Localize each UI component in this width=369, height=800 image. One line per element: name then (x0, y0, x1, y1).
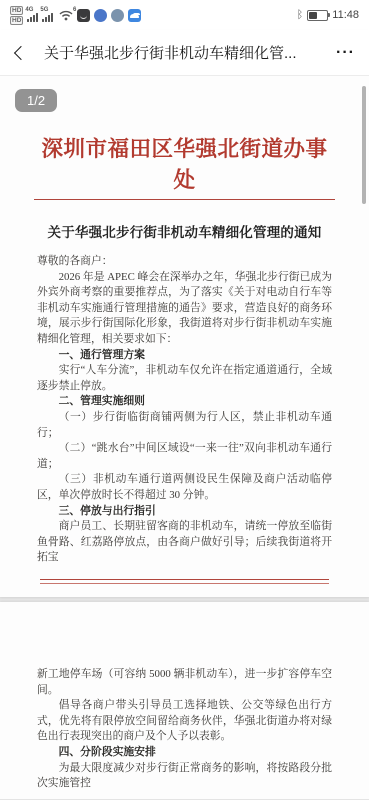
paragraph: 2026 年是 APEC 峰会在深举办之年，华强北步行街已成为外宾外商考察的重要… (37, 270, 332, 348)
scrollbar-thumb[interactable] (362, 86, 366, 204)
document-body-page-2: 新工地停车场（可容纳 5000 辆非机动车），进一步扩容停车空间。 倡导各商户带… (37, 667, 332, 792)
document-body-page-1: 尊敬的各商户： 2026 年是 APEC 峰会在深举办之年，华强北步行街已成为外… (37, 254, 332, 566)
signal-5g-icon: 5G (42, 8, 53, 22)
hd-badge-1: HD (10, 6, 23, 15)
back-button[interactable] (14, 42, 36, 64)
status-time: 11:48 (332, 9, 359, 21)
section-heading-1: 一、通行管理方案 (37, 348, 332, 364)
paragraph: 商户员工、长期驻留客商的非机动车，请统一停放至临街鱼骨路、红荔路停放点，由各商户… (37, 519, 332, 566)
nav-bar: 关于华强北步行街非机动车精细化管... ··· (0, 30, 369, 76)
paragraph: （三）非机动车通行道两侧设民生保障及商户活动临停区，单次停放时长不得超过 30 … (37, 472, 332, 503)
paragraph: （二）“跳水台”中间区域设“一来一往”双向非机动车通行道； (37, 441, 332, 472)
paragraph: 为最大限度减少对步行街正常商务的影响，将按路段分批次实施管控 (37, 761, 332, 792)
page-indicator-badge: 1/2 (15, 89, 57, 112)
phone-screen: HD HD 4G 5G 6 (0, 0, 369, 800)
app-notification-blue-circle-icon (94, 9, 107, 22)
chevron-left-icon (14, 45, 28, 59)
status-bar: HD HD 4G 5G 6 (0, 0, 369, 30)
app-notification-cloud-icon (128, 9, 141, 22)
letterhead: 深圳市福田区华强北街道办事处 (34, 132, 335, 200)
section-heading-2: 二、管理实施细则 (37, 394, 332, 410)
document-page-1: 深圳市福田区华强北街道办事处 关于华强北步行街非机动车精细化管理的通知 尊敬的各… (0, 76, 369, 597)
section-heading-3: 三、停放与出行指引 (37, 504, 332, 520)
status-right-icons: ᛒ 11:48 (297, 9, 359, 21)
more-menu-button[interactable]: ··· (336, 48, 355, 58)
app-notification-dark-icon (77, 9, 90, 22)
wifi-icon: 6 (59, 10, 73, 21)
paragraph-continuation: 新工地停车场（可容纳 5000 辆非机动车），进一步扩容停车空间。 (37, 667, 332, 698)
paragraph: （一）步行街临街商铺两侧为行人区，禁止非机动车通行； (37, 410, 332, 441)
document-page-2: 新工地停车场（可容纳 5000 辆非机动车），进一步扩容停车空间。 倡导各商户带… (0, 602, 369, 799)
footer-rule (40, 579, 329, 584)
paragraph: 实行“人车分流”，非机动车仅允许在指定通道通行，全域逐步禁止停放。 (37, 363, 332, 394)
document-title: 关于华强北步行街非机动车精细化管理的通知 (30, 221, 339, 241)
bluetooth-icon: ᛒ (297, 10, 304, 20)
status-left-icons: HD HD 4G 5G 6 (10, 6, 141, 25)
paragraph: 倡导各商户带头引导员工选择地铁、公交等绿色出行方式，优先将有限停放空间留给商务伙… (37, 698, 332, 745)
app-notification-gray-circle-icon (111, 9, 124, 22)
hd-badge-2: HD (10, 16, 23, 25)
signal-4g-icon: 4G (27, 8, 38, 22)
section-heading-4: 四、分阶段实施安排 (37, 745, 332, 761)
document-viewer: 1/2 深圳市福田区华强北街道办事处 关于华强北步行街非机动车精细化管理的通知 … (0, 76, 369, 800)
nav-title: 关于华强北步行街非机动车精细化管... (44, 42, 297, 63)
salutation: 尊敬的各商户： (37, 254, 332, 270)
hd-voice-icon: HD HD (10, 6, 23, 25)
battery-icon (307, 10, 328, 21)
